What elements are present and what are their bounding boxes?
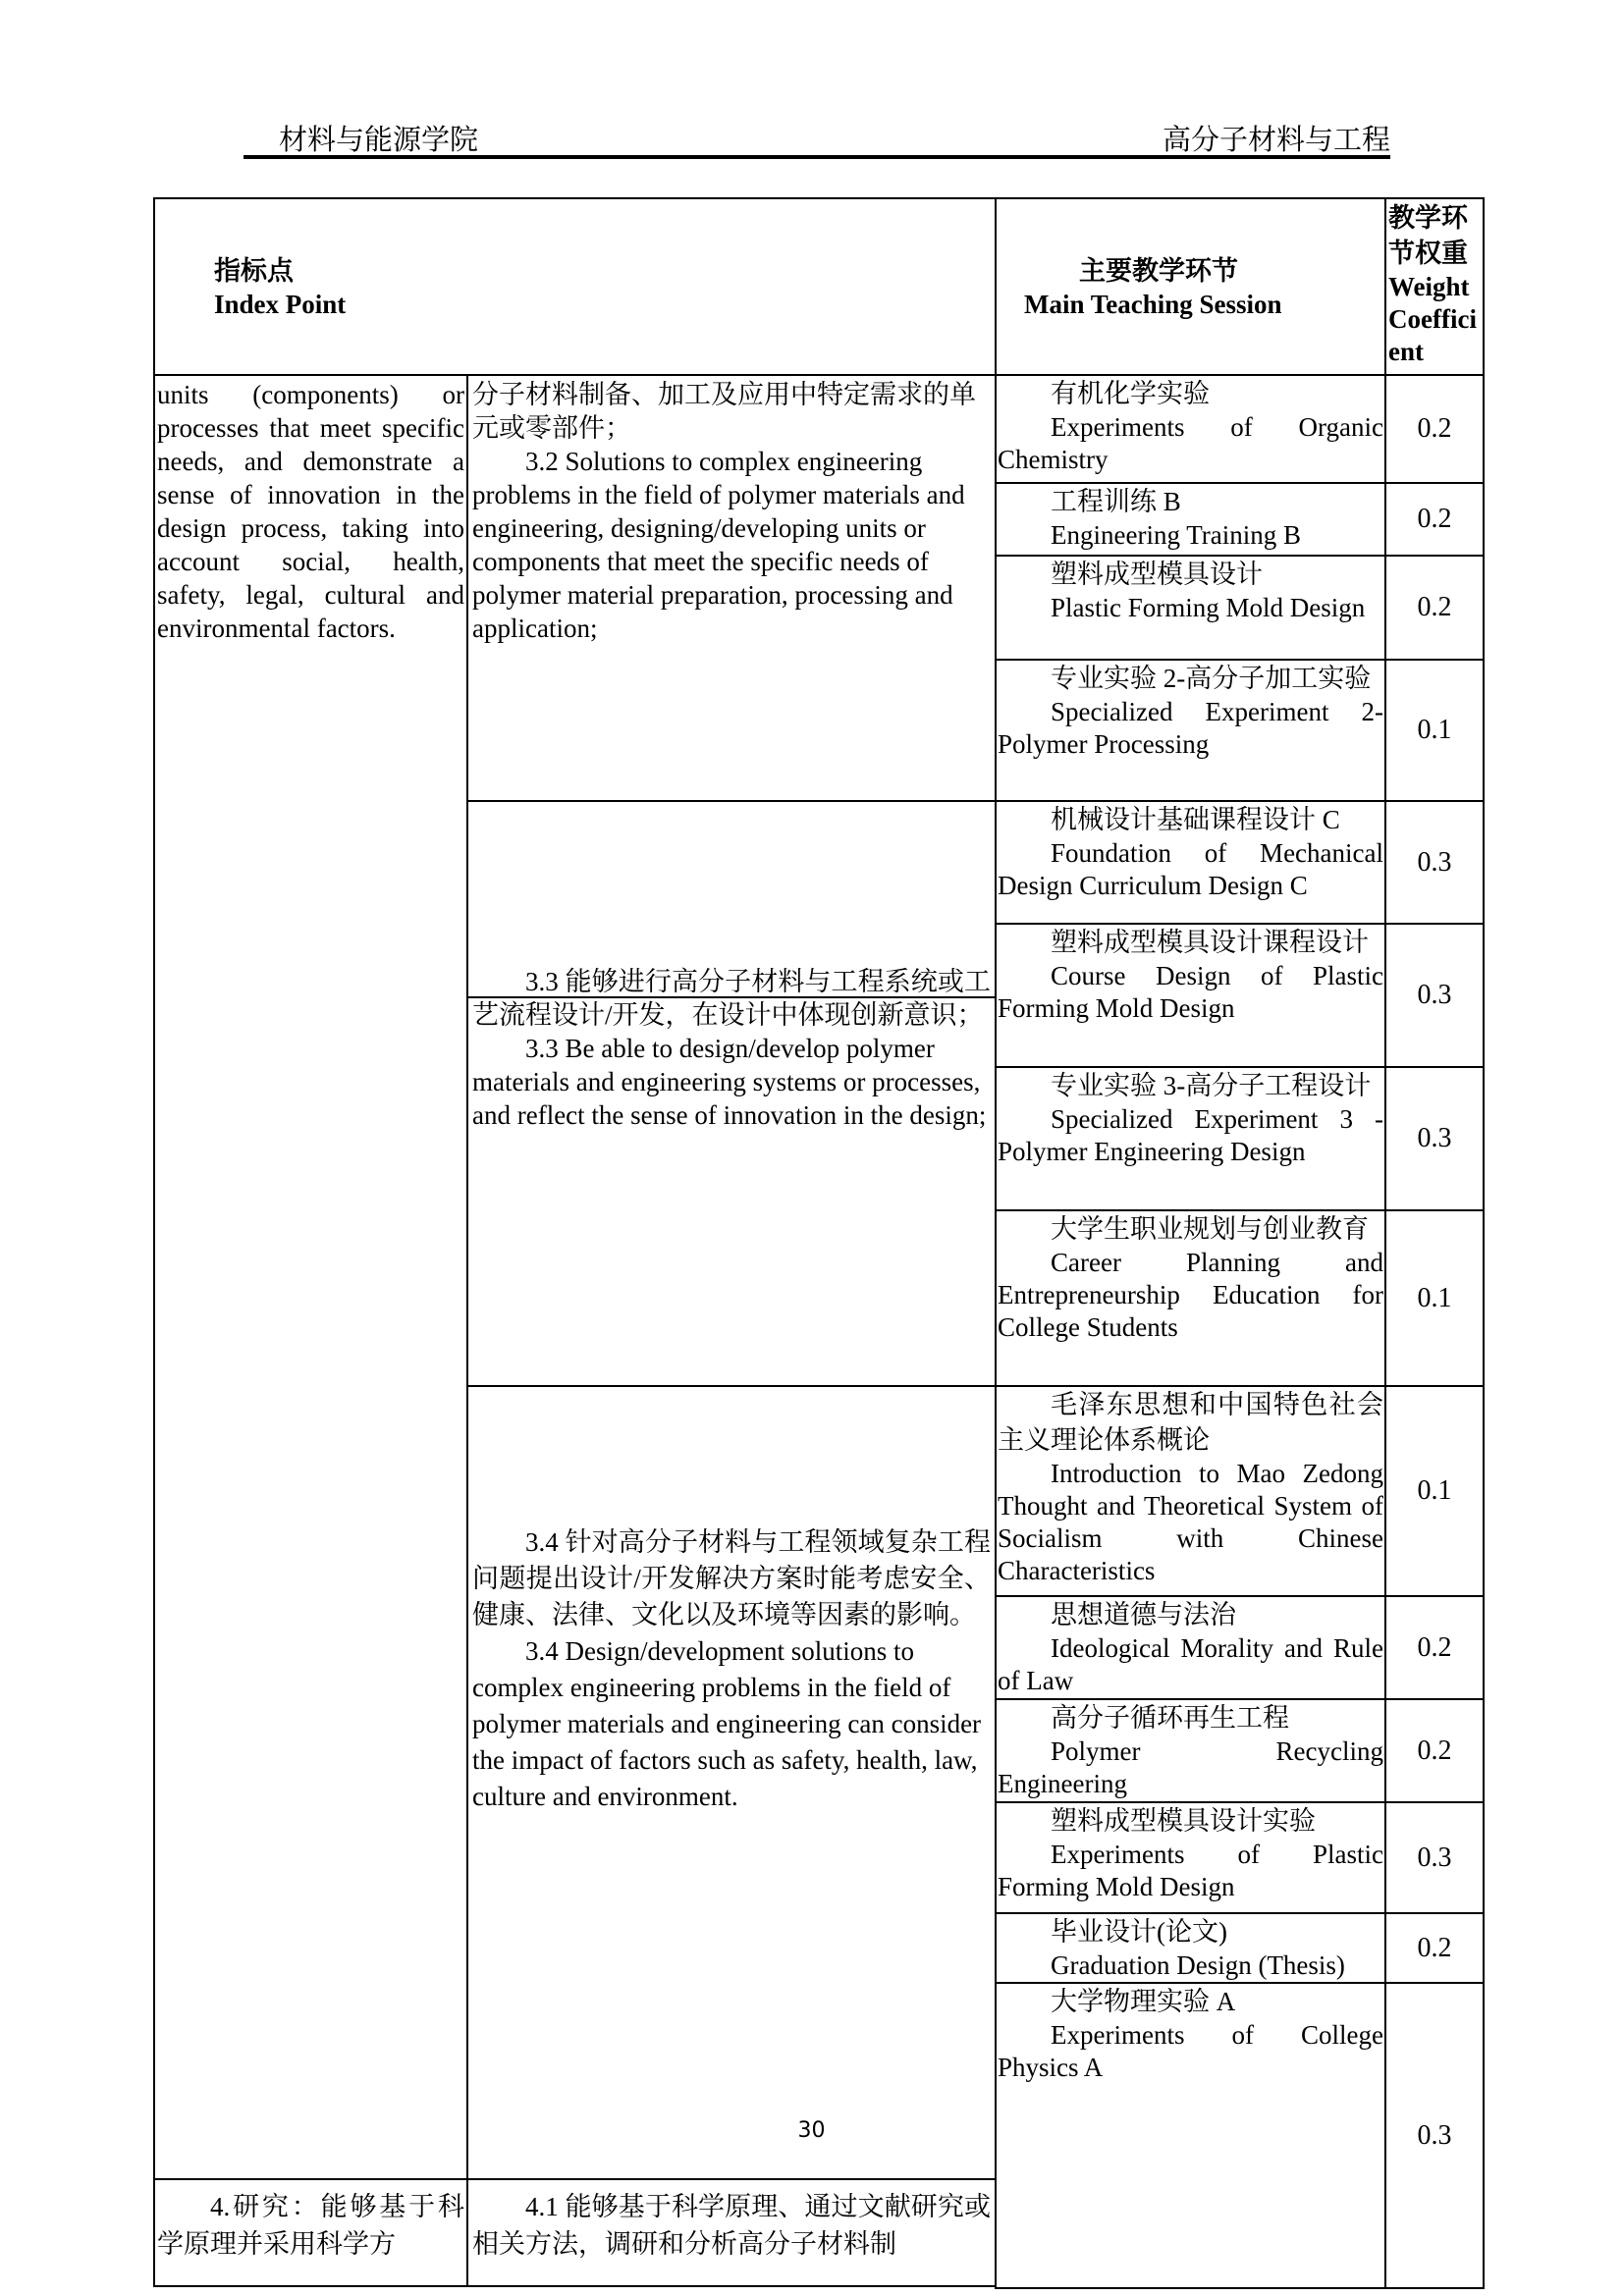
- session-name-en: Experiments of Organic Chemistry: [998, 411, 1383, 476]
- point-3-2-zh: 分子材料制备、加工及应用中特定需求的单元或零部件；: [472, 378, 991, 445]
- session-weight: 0.2: [1384, 555, 1485, 661]
- session-name-en: Engineering Training B: [998, 519, 1383, 552]
- requirement-3-cell: units (components) or processes that mee…: [153, 374, 468, 2180]
- session-row: 毕业设计(论文)Graduation Design (Thesis): [995, 1912, 1386, 1984]
- session-row: 专业实验 3-高分子工程设计Specialized Experiment 3 -…: [995, 1066, 1386, 1211]
- session-name-en: Experiments of College Physics A: [998, 2019, 1383, 2084]
- session-row: 有机化学实验Experiments of Organic Chemistry: [995, 374, 1386, 484]
- session-name-zh: 思想道德与法治: [998, 1597, 1383, 1632]
- session-weight: 0.3: [1384, 800, 1485, 925]
- requirement-3-text: units (components) or processes that mee…: [157, 378, 464, 645]
- header-major: 高分子材料与工程: [1163, 118, 1390, 158]
- session-weight: 0.2: [1384, 1912, 1485, 1984]
- session-row: 大学生职业规划与创业教育Career Planning and Entrepre…: [995, 1209, 1386, 1387]
- session-name-en: Foundation of Mechanical Design Curricul…: [998, 837, 1383, 902]
- session-name-en: Ideological Morality and Rule of Law: [998, 1632, 1383, 1697]
- session-name-en: Specialized Experiment 3 - Polymer Engin…: [998, 1103, 1383, 1168]
- session-name-zh: 大学物理实验 A: [998, 1984, 1383, 2019]
- session-weight: 0.1: [1384, 659, 1485, 802]
- session-weight: 0.2: [1384, 374, 1485, 484]
- point-3-3-zh: 3.3 能够进行高分子材料与工程系统或工艺流程设计/开发，在设计中体现创新意识；: [472, 965, 991, 1032]
- session-row: 毛泽东思想和中国特色社会主义理论体系概论Introduction to Mao …: [995, 1385, 1386, 1597]
- header-session-en: Main Teaching Session: [1024, 288, 1282, 321]
- header-index-point-zh: 指标点: [214, 254, 346, 288]
- header-weight: 教学环节权重 Weight Coefficient: [1384, 197, 1485, 376]
- session-name-en: Introduction to Mao Zedong Thought and T…: [998, 1458, 1383, 1587]
- session-name-en: Graduation Design (Thesis): [998, 1949, 1383, 1982]
- session-weight: 0.3: [1384, 1801, 1485, 1914]
- session-row: 思想道德与法治Ideological Morality and Rule of …: [995, 1595, 1386, 1700]
- session-name-zh: 工程训练 B: [998, 484, 1383, 519]
- session-name-zh: 专业实验 2-高分子加工实验: [998, 661, 1383, 696]
- session-row: 塑料成型模具设计Plastic Forming Mold Design: [995, 555, 1386, 661]
- session-weight: 0.3: [1384, 923, 1485, 1068]
- session-weight: 0.1: [1384, 1385, 1485, 1597]
- session-weight: 0.2: [1384, 1698, 1485, 1803]
- session-name-zh: 毕业设计(论文): [998, 1914, 1383, 1949]
- point-3-3-cell: 3.3 能够进行高分子材料与工程系统或工艺流程设计/开发，在设计中体现创新意识；…: [466, 800, 997, 1387]
- session-name-en: Experiments of Plastic Forming Mold Desi…: [998, 1839, 1383, 1903]
- session-row: 高分子循环再生工程Polymer Recycling Engineering: [995, 1698, 1386, 1803]
- session-name-zh: 毛泽东思想和中国特色社会主义理论体系概论: [998, 1387, 1383, 1458]
- header-college: 材料与能源学院: [279, 118, 478, 158]
- requirement-4-cell: 4.研究：能够基于科学原理并采用科学方: [153, 2178, 468, 2287]
- session-row: 工程训练 BEngineering Training B: [995, 482, 1386, 557]
- session-name-zh: 塑料成型模具设计: [998, 557, 1383, 592]
- point-3-4-zh: 3.4 针对高分子材料与工程领域复杂工程问题提出设计/开发解决方案时能考虑安全、…: [472, 1524, 991, 1633]
- session-name-en: Career Planning and Entrepreneurship Edu…: [998, 1247, 1383, 1344]
- session-name-zh: 塑料成型模具设计课程设计: [998, 925, 1383, 960]
- session-weight: 0.2: [1384, 482, 1485, 557]
- session-name-zh: 塑料成型模具设计实验: [998, 1803, 1383, 1839]
- session-name-en: Course Design of Plastic Forming Mold De…: [998, 960, 1383, 1025]
- session-row: 塑料成型模具设计实验Experiments of Plastic Forming…: [995, 1801, 1386, 1914]
- header-session: 主要教学环节 Main Teaching Session: [995, 197, 1386, 376]
- point-4-1-cell: 4.1 能够基于科学原理、通过文献研究或相关方法，调研和分析高分子材料制: [466, 2178, 997, 2287]
- session-name-en: Polymer Recycling Engineering: [998, 1735, 1383, 1800]
- header-weight-zh: 教学环节权重: [1388, 203, 1468, 268]
- session-name-zh: 高分子循环再生工程: [998, 1700, 1383, 1735]
- session-name-zh: 专业实验 3-高分子工程设计: [998, 1068, 1383, 1103]
- header-index-point-en: Index Point: [214, 288, 346, 321]
- page-header: 材料与能源学院 高分子材料与工程: [243, 116, 1390, 157]
- requirement-4-zh: 4.研究：能够基于科学原理并采用科学方: [157, 2188, 464, 2263]
- point-3-3-en: 3.3 Be able to design/develop polymer ma…: [472, 1032, 991, 1132]
- point-3-4-en: 3.4 Design/development solutions to comp…: [472, 1633, 991, 1815]
- header-weight-en: Weight Coefficient: [1388, 271, 1481, 368]
- point-3-4-cell: 3.4 针对高分子材料与工程领域复杂工程问题提出设计/开发解决方案时能考虑安全、…: [466, 1385, 997, 2180]
- session-name-zh: 机械设计基础课程设计 C: [998, 802, 1383, 837]
- point-4-1-zh: 4.1 能够基于科学原理、通过文献研究或相关方法，调研和分析高分子材料制: [472, 2188, 991, 2263]
- session-row: 塑料成型模具设计课程设计Course Design of Plastic For…: [995, 923, 1386, 1068]
- session-weight: 0.2: [1384, 1595, 1485, 1700]
- session-name-zh: 大学生职业规划与创业教育: [998, 1211, 1383, 1247]
- header-index-point: 指标点 Index Point: [153, 197, 997, 376]
- page-number: 30: [0, 2118, 1623, 2143]
- header-rule: [243, 155, 1390, 159]
- session-name-en: Plastic Forming Mold Design: [998, 592, 1383, 624]
- session-name-zh: 有机化学实验: [998, 376, 1383, 411]
- session-weight: 0.1: [1384, 1209, 1485, 1387]
- session-name-en: Specialized Experiment 2- Polymer Proces…: [998, 696, 1383, 761]
- header-session-zh: 主要教学环节: [1024, 254, 1282, 288]
- session-row: 专业实验 2-高分子加工实验Specialized Experiment 2- …: [995, 659, 1386, 802]
- session-weight: 0.3: [1384, 1066, 1485, 1211]
- session-row: 机械设计基础课程设计 CFoundation of Mechanical Des…: [995, 800, 1386, 925]
- point-3-2-en: 3.2 Solutions to complex engineering pro…: [472, 445, 991, 645]
